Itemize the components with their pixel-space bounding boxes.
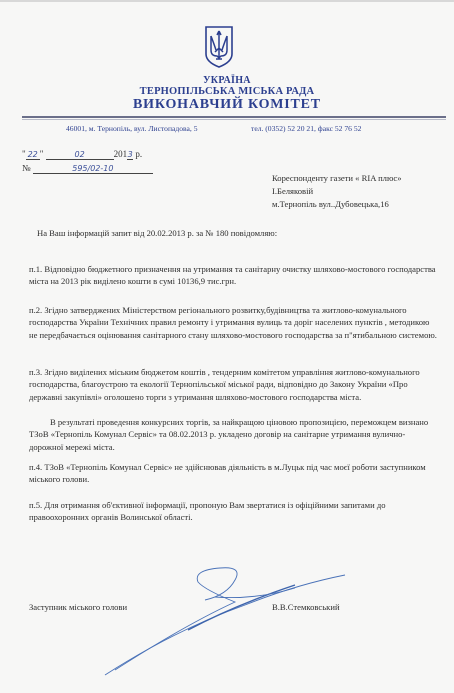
recipient-line-2: І.Беляковій	[272, 185, 402, 198]
recipient-line-3: м.Тернопіль вул..Дубовецька,16	[272, 198, 402, 211]
paragraph-5: п.5. Для отримання об'єктивної інформаці…	[29, 499, 439, 524]
letterhead-country: УКРАЇНА	[0, 75, 454, 86]
date-year-prefix: 201	[114, 149, 128, 159]
handwritten-signature-icon	[95, 560, 365, 680]
quote-close: "	[40, 149, 44, 159]
letter-page: УКРАЇНА ТЕРНОПІЛЬСЬКА МІСЬКА РАДА ВИКОНА…	[0, 0, 454, 693]
letterhead-phone-fax: тел. (0352) 52 20 21, факс 52 76 52	[251, 124, 361, 133]
letterhead-council: ТЕРНОПІЛЬСЬКА МІСЬКА РАДА	[0, 86, 454, 97]
paragraph-2: п.2. Згідно затверджених Міністерством р…	[29, 304, 439, 341]
trident-coat-of-arms-icon	[203, 24, 235, 69]
registration-number: № 595/02-10	[22, 163, 153, 174]
letterhead-address: 46001, м. Тернопіль, вул. Листопадова, 5	[66, 124, 198, 133]
letterhead-divider	[22, 116, 446, 118]
date-month: 02	[46, 150, 114, 160]
letterhead-divider-thin	[22, 119, 446, 120]
paragraph-1: п.1. Відповідно бюджетного призначення н…	[29, 263, 439, 288]
registration-date: "22" 022013 р.	[22, 149, 142, 160]
letterhead-committee: ВИКОНАВЧИЙ КОМІТЕТ	[0, 97, 454, 113]
paragraph-3: п.3. Згідно виділених міським бюджетом к…	[29, 366, 439, 403]
scan-edge	[0, 0, 454, 2]
date-year-suffix: р.	[133, 149, 142, 159]
intro-paragraph: На Ваш інформацій запит від 20.02.2013 р…	[37, 228, 277, 238]
paragraph-3-continued: В результаті проведення конкурсних торгі…	[29, 416, 439, 453]
number-value: 595/02-10	[33, 164, 153, 174]
recipient-line-1: Кореспонденту газети « RIA плюс»	[272, 172, 402, 185]
date-day: 22	[26, 150, 40, 160]
number-label: №	[22, 163, 31, 173]
recipient-block: Кореспонденту газети « RIA плюс» І.Беляк…	[272, 172, 402, 211]
paragraph-4: п.4. ТЗоВ «Тернопіль Комунал Сервіс» не …	[29, 461, 439, 486]
